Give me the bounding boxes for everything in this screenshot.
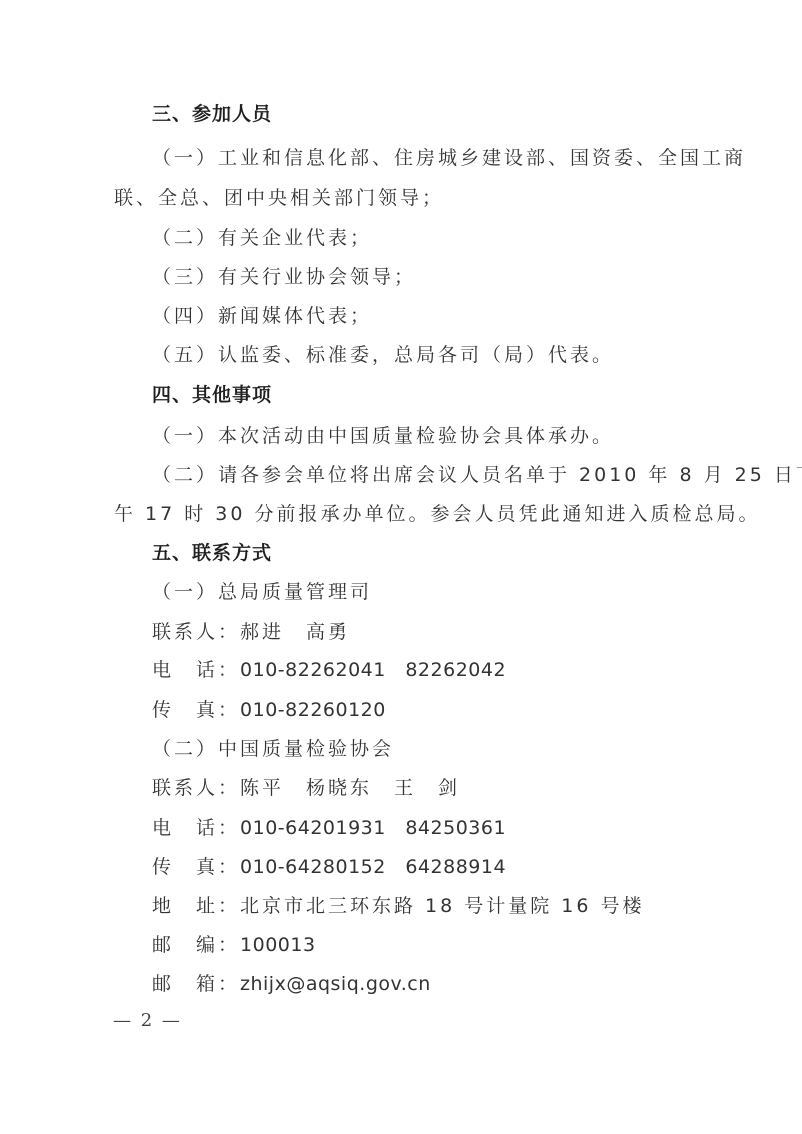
org2-email-label: 邮 箱： — [152, 973, 240, 995]
org2-email: zhijx@aqsiq.gov.cn — [240, 973, 431, 995]
participant-item-3: （三）有关行业协会领导； — [152, 264, 416, 290]
org2-fax-row: 传 真：010-64280152 64288914 — [152, 854, 506, 880]
org1-phone-row: 电 话：010-82262041 82262042 — [152, 657, 506, 683]
org1-contacts: 郝进 高勇 — [240, 621, 350, 643]
section-heading-other-matters: 四、其他事项 — [152, 382, 272, 408]
participant-item-1-line1: （一）工业和信息化部、住房城乡建设部、国资委、全国工商 — [152, 145, 746, 171]
org1-phone-label: 电 话： — [152, 659, 240, 681]
section-heading-participants: 三、参加人员 — [152, 101, 272, 127]
org2-postcode-row: 邮 编：100013 — [152, 932, 316, 958]
org1-fax-label: 传 真： — [152, 699, 240, 721]
org1-contacts-row: 联系人：郝进 高勇 — [152, 619, 350, 645]
org1-contact-label: 联系人： — [152, 621, 240, 643]
org2-contacts: 陈平 杨晓东 王 剑 — [240, 777, 460, 799]
org1-title: （一）总局质量管理司 — [152, 579, 372, 605]
org2-phone: 010-64201931 84250361 — [240, 817, 506, 839]
org2-postcode: 100013 — [240, 934, 316, 956]
section-heading-contact: 五、联系方式 — [152, 540, 272, 566]
page-number: — 2 — — [113, 1010, 182, 1031]
other-item-1: （一）本次活动由中国质量检验协会具体承办。 — [152, 423, 614, 449]
org1-phone: 010-82262041 82262042 — [240, 659, 506, 681]
org2-postcode-label: 邮 编： — [152, 934, 240, 956]
other-item-2-line1: （二）请各参会单位将出席会议人员名单于 2010 年 8 月 25 日下 — [152, 462, 802, 488]
org2-fax: 010-64280152 64288914 — [240, 856, 506, 878]
participant-item-2: （二）有关企业代表； — [152, 225, 372, 251]
org2-title: （二）中国质量检验协会 — [152, 736, 394, 762]
org2-email-row: 邮 箱：zhijx@aqsiq.gov.cn — [152, 971, 431, 997]
participant-item-4: （四）新闻媒体代表； — [152, 303, 372, 329]
org1-fax-row: 传 真：010-82260120 — [152, 697, 386, 723]
org2-address: 北京市北三环东路 18 号计量院 16 号楼 — [240, 895, 645, 917]
org2-phone-row: 电 话：010-64201931 84250361 — [152, 815, 506, 841]
org2-fax-label: 传 真： — [152, 856, 240, 878]
participant-item-5: （五）认监委、标准委，总局各司（局）代表。 — [152, 342, 614, 368]
org2-phone-label: 电 话： — [152, 817, 240, 839]
org1-fax: 010-82260120 — [240, 699, 386, 721]
org2-address-row: 地 址：北京市北三环东路 18 号计量院 16 号楼 — [152, 893, 645, 919]
participant-item-1-line2: 联、全总、团中央相关部门领导； — [114, 185, 444, 211]
other-item-2-line2: 午 17 时 30 分前报承办单位。参会人员凭此通知进入质检总局。 — [114, 501, 761, 527]
org2-address-label: 地 址： — [152, 895, 240, 917]
org2-contacts-row: 联系人：陈平 杨晓东 王 剑 — [152, 775, 460, 801]
document-page: 三、参加人员 （一）工业和信息化部、住房城乡建设部、国资委、全国工商 联、全总、… — [0, 0, 802, 1134]
org2-contact-label: 联系人： — [152, 777, 240, 799]
